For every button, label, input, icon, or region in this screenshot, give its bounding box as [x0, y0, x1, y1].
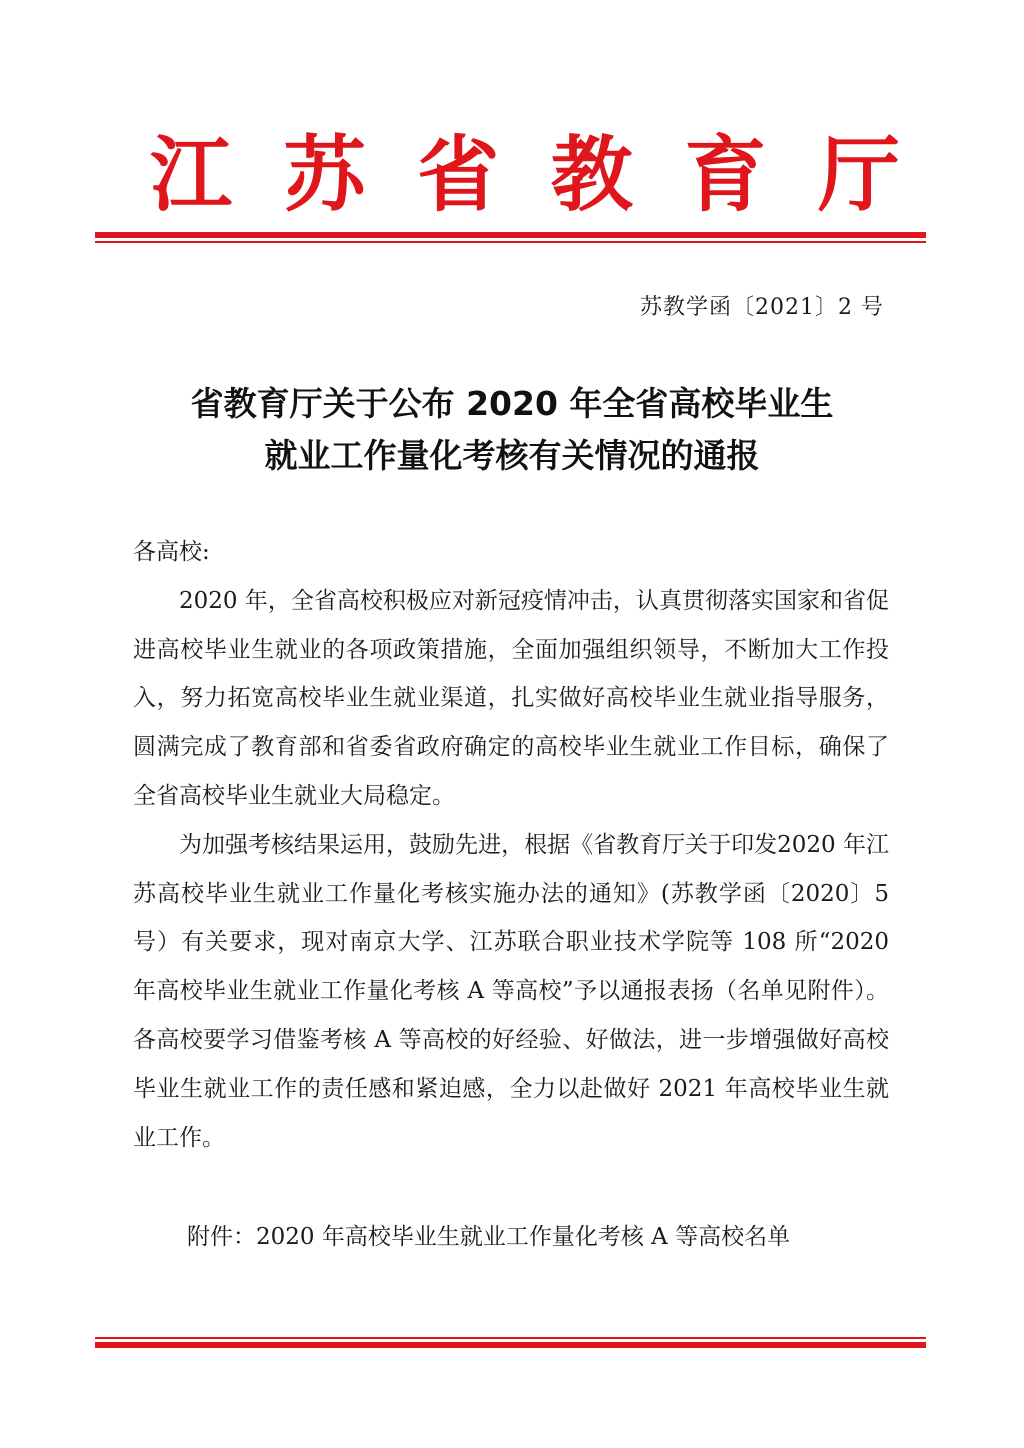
document-number: 苏教学函〔2021〕2 号 — [640, 290, 884, 321]
title-line-1: 省教育厅关于公布 2020 年全省高校毕业生 — [0, 378, 1024, 430]
body-paragraph-2: 为加强考核结果运用，鼓励先进，根据《省教育厅关于印发2020 年江苏高校毕业生就… — [133, 821, 889, 1163]
document-body: 各高校: 2020 年，全省高校积极应对新冠疫情冲击，认真贯彻落实国家和省促进高… — [133, 528, 889, 1162]
title-line-2: 就业工作量化考核有关情况的通报 — [0, 430, 1024, 482]
header-rule-thin — [95, 241, 926, 243]
masthead-char: 江 — [150, 134, 232, 216]
attachment-note: 附件：2020 年高校毕业生就业工作量化考核 A 等高校名单 — [187, 1218, 790, 1251]
masthead-char: 厅 — [818, 134, 900, 216]
header-rule-thick — [95, 232, 926, 238]
masthead-char: 育 — [684, 134, 766, 216]
masthead-char: 教 — [551, 134, 633, 216]
masthead-char: 省 — [417, 134, 499, 216]
masthead-char: 苏 — [284, 134, 366, 216]
footer-rule-thick — [95, 1342, 926, 1348]
body-paragraph-1: 2020 年，全省高校积极应对新冠疫情冲击，认真贯彻落实国家和省促进高校毕业生就… — [133, 577, 889, 821]
issuer-masthead: 江 苏 省 教 育 厅 — [150, 130, 900, 220]
salutation: 各高校: — [133, 528, 889, 577]
document-title: 省教育厅关于公布 2020 年全省高校毕业生 就业工作量化考核有关情况的通报 — [0, 378, 1024, 482]
footer-rule-thin — [95, 1337, 926, 1339]
